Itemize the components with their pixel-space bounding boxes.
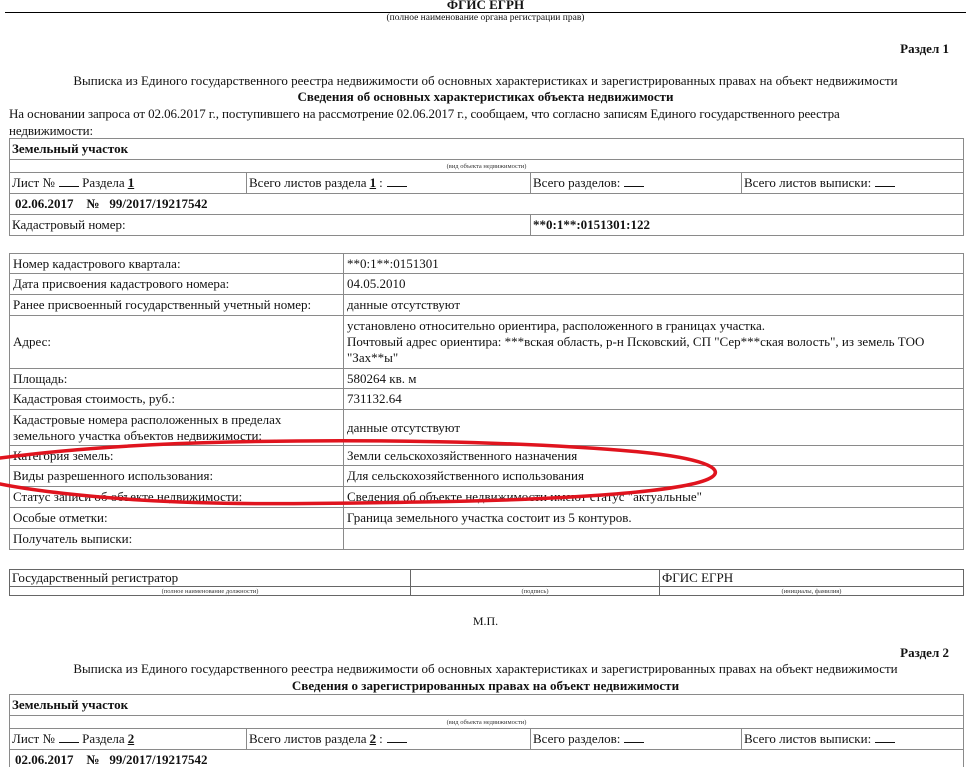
row-value: Для сельскохозяйственного использования [344, 466, 964, 487]
total-sections-blank [624, 732, 644, 743]
table-row: Кадастровая стоимость, руб.: 731132.64 [10, 389, 964, 410]
sheet-blank [59, 732, 79, 743]
row-value: 580264 кв. м [344, 369, 964, 389]
label-line: земельного участка объектов недвижимости… [13, 428, 340, 444]
signature-caption: (подпись) [411, 587, 660, 596]
registrar-position: Государственный регистратор [10, 570, 411, 587]
row-value: Сведения об объекте недвижимости имеют с… [344, 487, 964, 508]
table-row-permitted-use: Виды разрешенного использования: Для сел… [10, 466, 964, 487]
position-caption: (полное наименование должности) [10, 587, 411, 596]
doc-no-sign: № [87, 752, 100, 767]
sheet-label: Лист № [12, 175, 55, 190]
table-row: Кадастровые номера расположенных в преде… [10, 410, 964, 446]
total-extract-sheets-cell: Всего листов выписки: [742, 729, 964, 750]
sheet-blank [59, 176, 79, 187]
doc-no-sign: № [87, 196, 100, 211]
section-of-label: Раздела [82, 731, 125, 746]
cadastral-number-value: **0:1**:0151301:122 [531, 215, 964, 236]
total-sections-cell: Всего разделов: [531, 729, 742, 750]
row-label: Кадастровые номера расположенных в преде… [10, 410, 344, 446]
table-row: Номер кадастрового квартала: **0:1**:015… [10, 254, 964, 274]
sheet-number-cell: Лист № Раздела1 [10, 173, 247, 194]
section-2-header-table: Земельный участок (вид объекта недвижимо… [9, 694, 964, 767]
label-line: Кадастровые номера расположенных в преде… [13, 412, 340, 428]
total-sheets-section-number: 1 [367, 175, 380, 190]
total-sheets-blank [387, 732, 407, 743]
basis-text: На основании запроса от 02.06.2017 г., п… [9, 105, 909, 139]
row-label: Дата присвоения кадастрового номера: [10, 274, 344, 295]
table-row: Получатель выписки: [10, 529, 964, 550]
doc-reference: 02.06.2017 № 99/2017/19217542 [10, 194, 964, 215]
doc-date: 02.06.2017 [15, 752, 74, 767]
section-1-label: Раздел 1 [900, 41, 949, 57]
doc-date: 02.06.2017 [15, 196, 74, 211]
table-row: Дата присвоения кадастрового номера: 04.… [10, 274, 964, 295]
total-sections-label: Всего разделов: [533, 175, 620, 190]
row-value: Земли сельскохозяйственного назначения [344, 446, 964, 466]
signature-table: Государственный регистратор ФГИС ЕГРН (п… [9, 569, 964, 596]
section-of-label: Раздела [82, 175, 125, 190]
total-sections-cell: Всего разделов: [531, 173, 742, 194]
table-row-land-category: Категория земель: Земли сельскохозяйстве… [10, 446, 964, 466]
row-value-address: установлено относительно ориентира, расп… [344, 316, 964, 369]
address-line: Почтовый адрес ориентира: ***вская облас… [347, 334, 960, 350]
row-value: 04.05.2010 [344, 274, 964, 295]
object-characteristics-table: Номер кадастрового квартала: **0:1**:015… [9, 253, 964, 550]
total-sheets-section-label: Всего листов раздела [249, 731, 367, 746]
doc-number: 99/2017/19217542 [109, 752, 207, 767]
section-number: 1 [125, 175, 138, 190]
row-label: Ранее присвоенный государственный учетны… [10, 295, 344, 316]
total-sheets-section-number: 2 [367, 731, 380, 746]
row-label: Особые отметки: [10, 508, 344, 529]
total-sections-blank [624, 176, 644, 187]
total-sections-label: Всего разделов: [533, 731, 620, 746]
section-1-subtitle: Сведения об основных характеристиках объ… [0, 89, 971, 105]
total-sheets-section-label: Всего листов раздела [249, 175, 367, 190]
cadastral-number-label: Кадастровый номер: [10, 215, 531, 236]
total-extract-sheets-cell: Всего листов выписки: [742, 173, 964, 194]
object-type-caption: (вид объекта недвижимости) [10, 716, 964, 729]
name-caption: (инициалы, фамилия) [660, 587, 964, 596]
sheet-number-cell: Лист № Раздела2 [10, 729, 247, 750]
row-label: Площадь: [10, 369, 344, 389]
sheet-label: Лист № [12, 731, 55, 746]
row-label: Кадастровая стоимость, руб.: [10, 389, 344, 410]
row-label: Получатель выписки: [10, 529, 344, 550]
section-1-title: Выписка из Единого государственного реес… [0, 73, 971, 89]
section-2-title: Выписка из Единого государственного реес… [0, 661, 971, 677]
table-row-address: Адрес: установлено относительно ориентир… [10, 316, 964, 369]
row-value: Граница земельного участка состоит из 5 … [344, 508, 964, 529]
table-row: Ранее присвоенный государственный учетны… [10, 295, 964, 316]
signature-field [411, 570, 660, 587]
row-label: Статус записи об объекте недвижимости: [10, 487, 344, 508]
row-value: данные отсутствуют [344, 295, 964, 316]
object-type: Земельный участок [10, 695, 964, 716]
stamp-place: М.П. [0, 614, 971, 629]
registrar-name: ФГИС ЕГРН [660, 570, 964, 587]
total-extract-sheets-blank [875, 176, 895, 187]
total-extract-sheets-blank [875, 732, 895, 743]
object-type-caption: (вид объекта недвижимости) [10, 160, 964, 173]
section-number: 2 [125, 731, 138, 746]
row-value: данные отсутствуют [344, 410, 964, 446]
doc-reference: 02.06.2017 № 99/2017/19217542 [10, 750, 964, 767]
table-row: Статус записи об объекте недвижимости: С… [10, 487, 964, 508]
total-extract-sheets-label: Всего листов выписки: [744, 731, 871, 746]
row-label: Адрес: [10, 316, 344, 369]
section-2-subtitle: Сведения о зарегистрированных правах на … [0, 678, 971, 694]
row-value: 731132.64 [344, 389, 964, 410]
row-value: **0:1**:0151301 [344, 254, 964, 274]
row-value [344, 529, 964, 550]
doc-number: 99/2017/19217542 [109, 196, 207, 211]
row-label: Номер кадастрового квартала: [10, 254, 344, 274]
total-extract-sheets-label: Всего листов выписки: [744, 175, 871, 190]
row-label: Категория земель: [10, 446, 344, 466]
total-sheets-blank [387, 176, 407, 187]
table-row: Особые отметки: Граница земельного участ… [10, 508, 964, 529]
row-label: Виды разрешенного использования: [10, 466, 344, 487]
total-sheets-section-cell: Всего листов раздела2: [247, 729, 531, 750]
section-1-header-table: Земельный участок (вид объекта недвижимо… [9, 138, 964, 236]
section-2-label: Раздел 2 [900, 645, 949, 661]
address-line: "Зах**ы" [347, 350, 960, 366]
org-caption: (полное наименование органа регистрации … [0, 13, 971, 23]
object-type: Земельный участок [10, 139, 964, 160]
total-sheets-section-cell: Всего листов раздела1: [247, 173, 531, 194]
table-row: Площадь: 580264 кв. м [10, 369, 964, 389]
address-line: установлено относительно ориентира, расп… [347, 318, 960, 334]
